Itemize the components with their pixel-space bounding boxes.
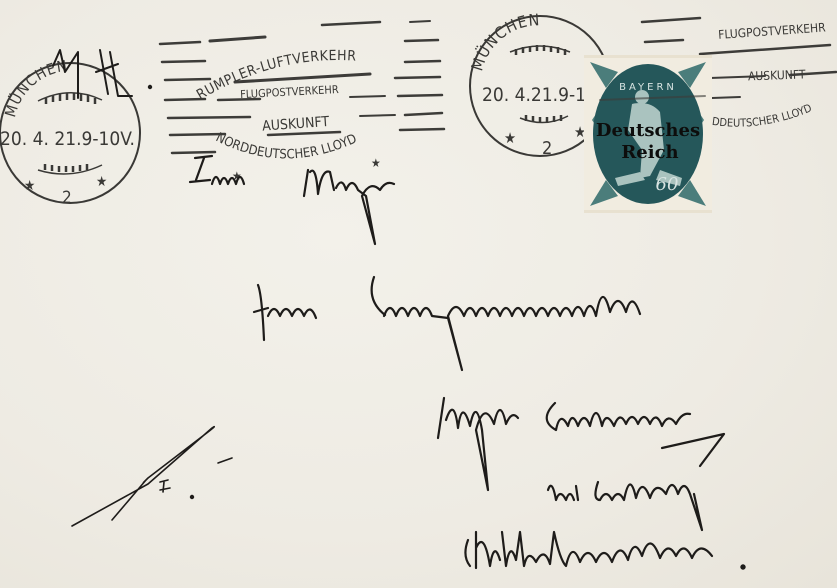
postmark-left: MÜNCHEN 20. 4. 21.9-10V. ★ ★ 2 (0, 57, 140, 208)
svg-text:20. 4. 21.9-10V.: 20. 4. 21.9-10V. (0, 128, 135, 150)
handwriting-recipient-line3 (548, 482, 702, 530)
svg-text:MÜNCHEN: MÜNCHEN (467, 10, 541, 73)
postage-stamp: BAYERN Deutsches Reich 60 (584, 55, 712, 213)
handwriting-recipient-line2 (438, 398, 724, 490)
handwriting-recipient-line1 (254, 277, 640, 370)
envelope: Frau Meyer Herrn Lengenmantel Schloss Os… (0, 0, 837, 588)
svg-text:60: 60 (656, 174, 679, 195)
svg-text:Reich: Reich (621, 142, 678, 163)
machine-cancel-slogan-left: RUMPLER-LUFTVERKEHR FLUGPOSTVERKEHR AUSK… (194, 48, 381, 183)
svg-text:2: 2 (62, 188, 72, 208)
svg-text:2: 2 (542, 138, 552, 159)
svg-text:AUSKUNFT: AUSKUNFT (262, 114, 330, 135)
svg-text:FLUGPOSTVERKEHR: FLUGPOSTVERKEHR (240, 83, 339, 101)
svg-text:Deutsches: Deutsches (596, 120, 700, 141)
handwriting-bottom-note (72, 427, 232, 526)
envelope-artwork: RUMPLER-LUFTVERKEHR FLUGPOSTVERKEHR AUSK… (0, 0, 837, 588)
svg-text:MÜNCHEN: MÜNCHEN (1, 57, 69, 119)
svg-text:★: ★ (96, 174, 107, 190)
handwriting-sender (190, 156, 394, 244)
svg-text:★: ★ (371, 156, 381, 170)
handwriting-recipient-line4 (465, 532, 744, 569)
svg-text:★: ★ (24, 178, 35, 194)
svg-text:★: ★ (504, 129, 516, 147)
svg-text:AUSKUNFT: AUSKUNFT (748, 67, 806, 83)
svg-text:BAYERN: BAYERN (619, 82, 677, 93)
svg-text:20. 4.21.9-10: 20. 4.21.9-10 (482, 84, 597, 106)
svg-text:FLUGPOSTVERKEHR: FLUGPOSTVERKEHR (718, 20, 827, 42)
